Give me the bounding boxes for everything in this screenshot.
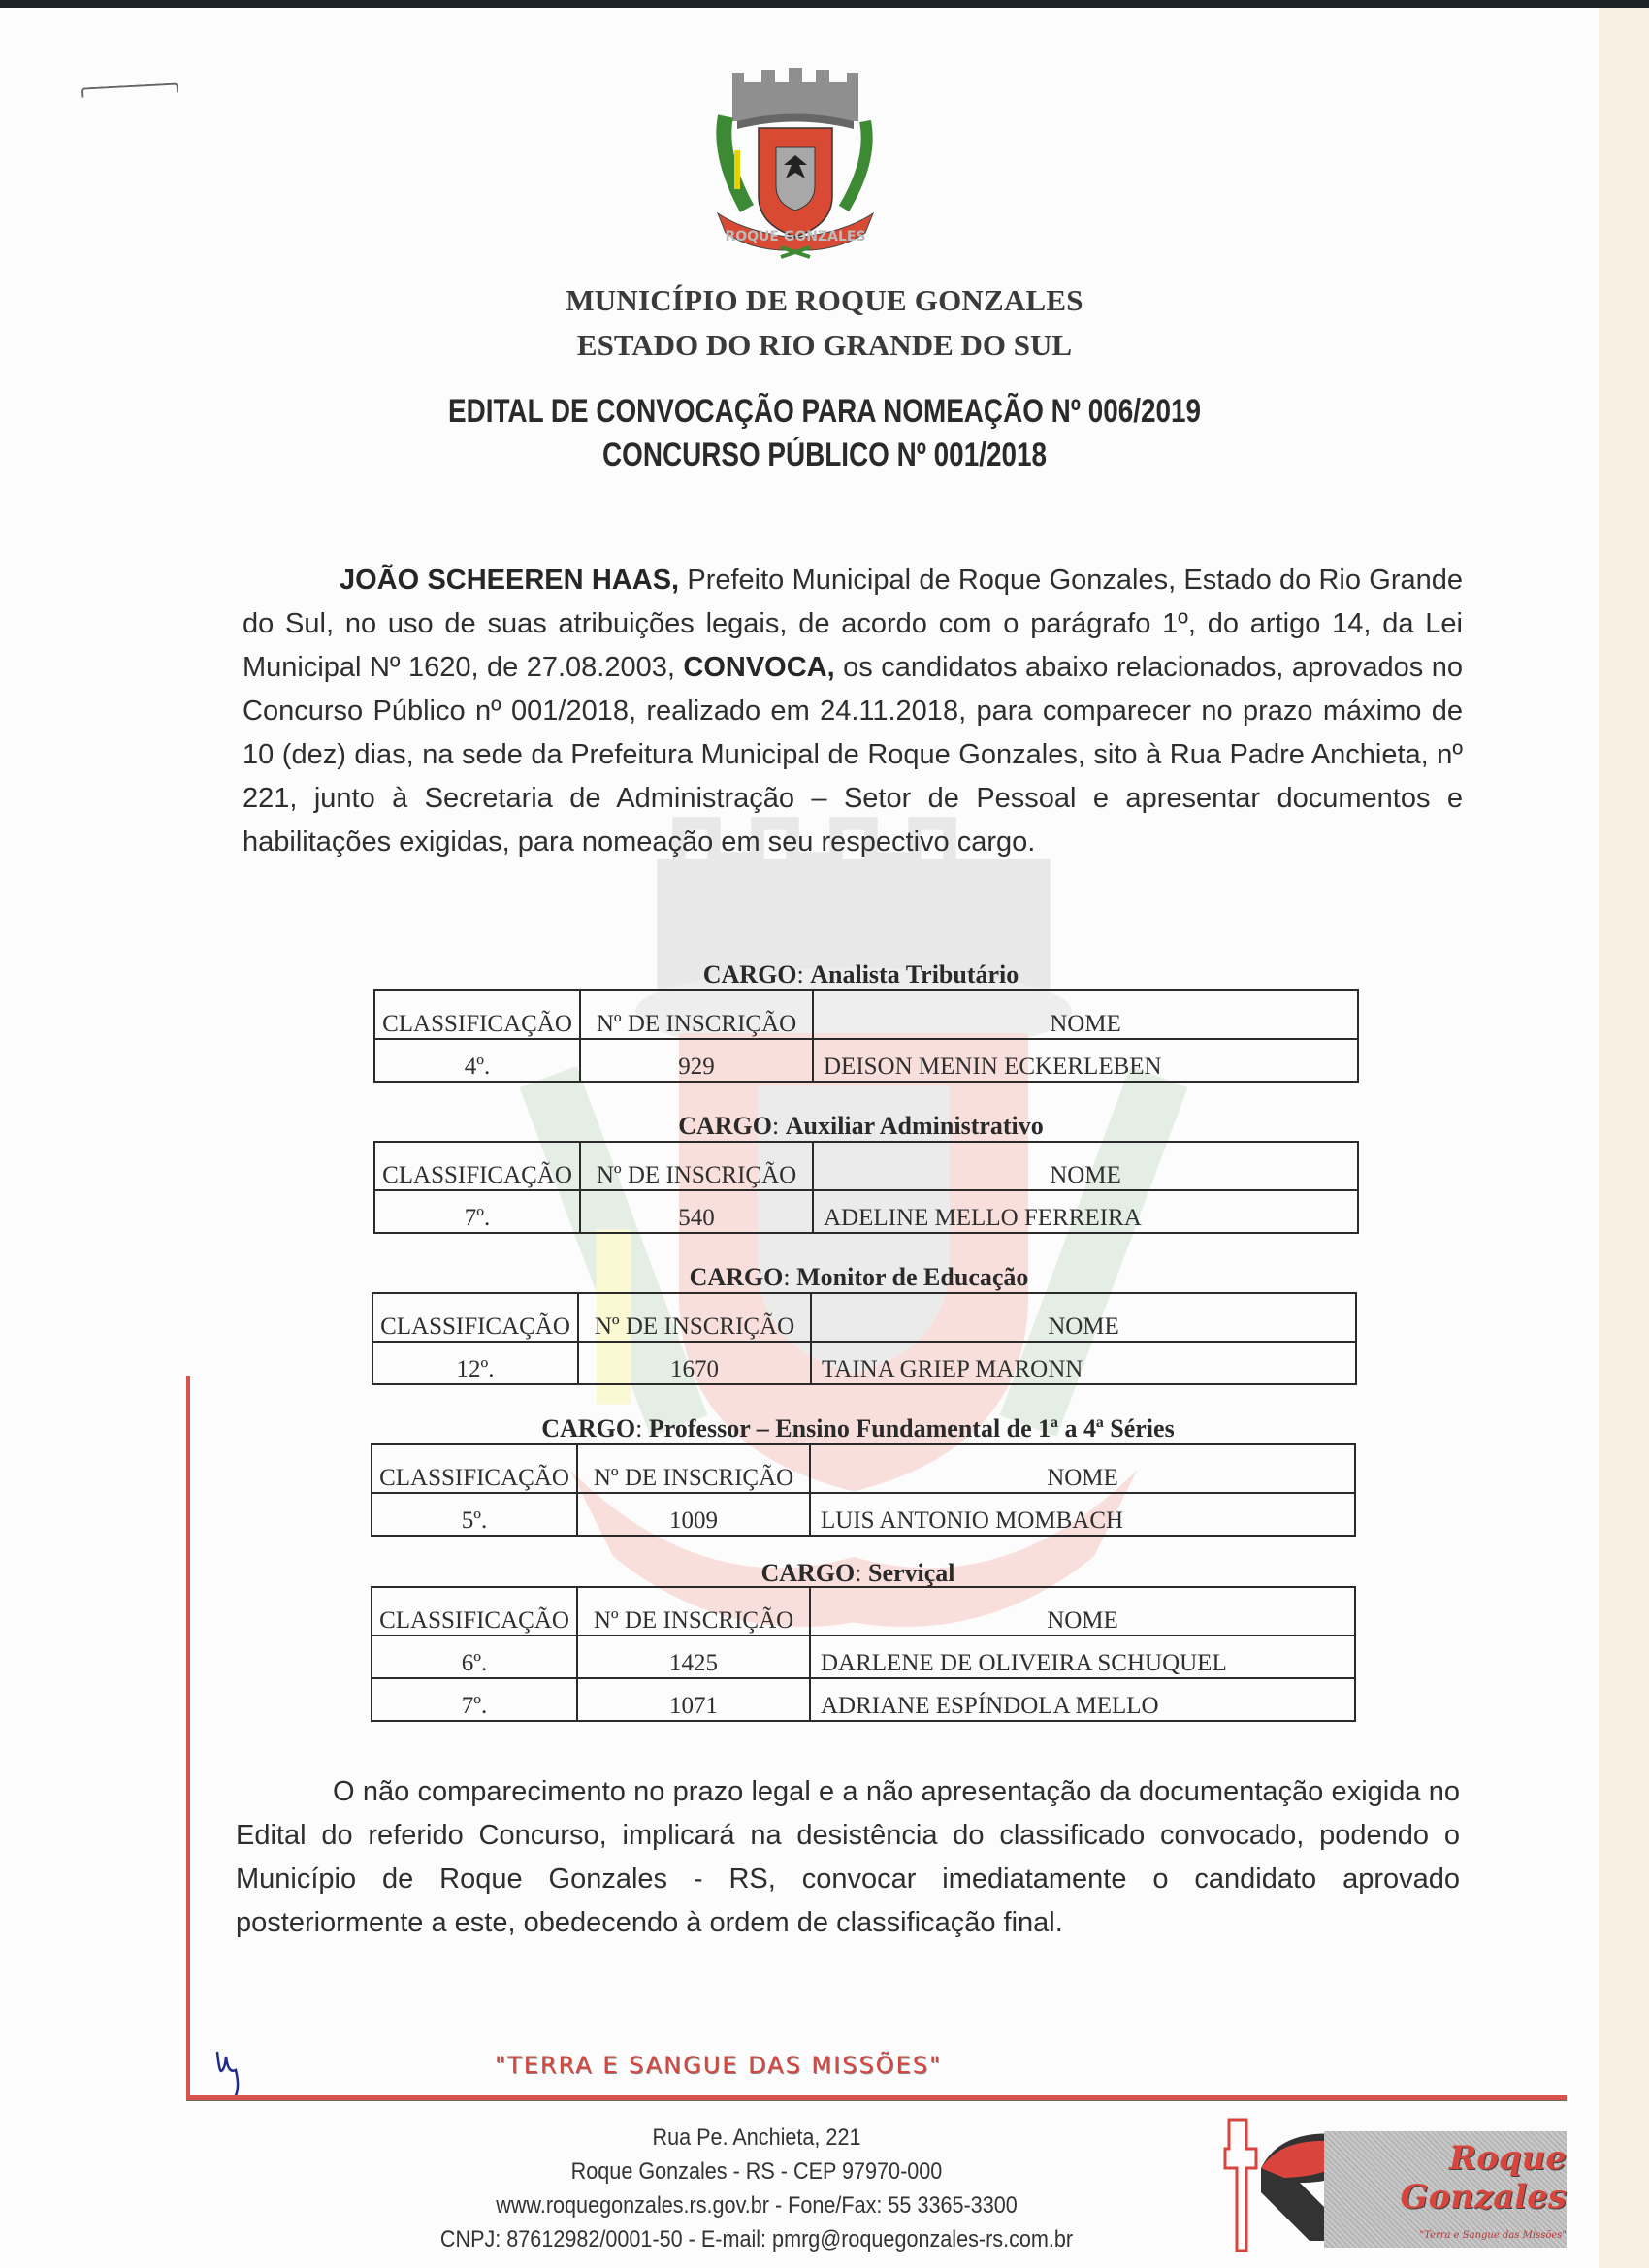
staple-mark: [81, 82, 178, 97]
registration-cell: 540: [580, 1190, 813, 1233]
cargo-title: CARGO: Professor – Ensino Fundamental de…: [371, 1414, 1345, 1443]
registration-cell: 1071: [577, 1678, 810, 1721]
concurso-title: CONCURSO PÚBLICO Nº 001/2018: [148, 437, 1501, 474]
header-registration: Nº DE INSCRIÇÃO: [577, 1587, 810, 1636]
header-classification: CLASSIFICAÇÃO: [372, 1444, 577, 1493]
table-header-row: CLASSIFICAÇÃONº DE INSCRIÇÃONOME: [374, 990, 1358, 1039]
cargo-table: CLASSIFICAÇÃONº DE INSCRIÇÃONOME6º.1425D…: [371, 1586, 1356, 1722]
roque-gonzales-logo-icon: Roque Gonzales "Terra e Sangue das Missõ…: [1217, 2110, 1571, 2255]
registration-cell: 929: [580, 1039, 813, 1082]
cargo-title: CARGO: Analista Tributário: [373, 960, 1348, 989]
table-header-row: CLASSIFICAÇÃONº DE INSCRIÇÃONOME: [372, 1587, 1355, 1636]
header-registration: Nº DE INSCRIÇÃO: [578, 1293, 811, 1342]
closing-paragraph: O não comparecimento no prazo legal e a …: [236, 1770, 1460, 1945]
name-cell: DEISON MENIN ECKERLEBEN: [813, 1039, 1358, 1082]
table-row: 12º.1670TAINA GRIEP MARONN: [372, 1342, 1356, 1384]
header-name: NOME: [811, 1293, 1356, 1342]
table-row: 7º.540ADELINE MELLO FERREIRA: [374, 1190, 1358, 1233]
table-row: 5º.1009LUIS ANTONIO MOMBACH: [372, 1493, 1355, 1536]
header-name: NOME: [813, 990, 1358, 1039]
name-cell: ADELINE MELLO FERREIRA: [813, 1190, 1358, 1233]
header-classification: CLASSIFICAÇÃO: [374, 990, 580, 1039]
header-classification: CLASSIFICAÇÃO: [374, 1142, 580, 1190]
name-cell: TAINA GRIEP MARONN: [811, 1342, 1356, 1384]
table-row: 4º.929DEISON MENIN ECKERLEBEN: [374, 1039, 1358, 1082]
table-row: 6º.1425DARLENE DE OLIVEIRA SCHUQUEL: [372, 1636, 1355, 1678]
table-header-row: CLASSIFICAÇÃONº DE INSCRIÇÃONOME: [374, 1142, 1358, 1190]
cargo-table: CLASSIFICAÇÃONº DE INSCRIÇÃONOME5º.1009L…: [371, 1443, 1356, 1537]
name-cell: LUIS ANTONIO MOMBACH: [810, 1493, 1355, 1536]
state-heading: ESTADO DO RIO GRANDE DO SUL: [0, 328, 1649, 363]
registration-cell: 1009: [577, 1493, 810, 1536]
table-header-row: CLASSIFICAÇÃONº DE INSCRIÇÃONOME: [372, 1293, 1356, 1342]
footer-city: Roque Gonzales - RS - CEP 97970-000: [320, 2158, 1193, 2186]
scan-top-edge: [0, 0, 1649, 8]
table-row: 7º.1071ADRIANE ESPÍNDOLA MELLO: [372, 1678, 1355, 1721]
header-name: NOME: [810, 1444, 1355, 1493]
municipality-heading: MUNICÍPIO DE ROQUE GONZALES: [0, 283, 1649, 318]
table-header-row: CLASSIFICAÇÃONº DE INSCRIÇÃONOME: [372, 1444, 1355, 1493]
left-red-border: [186, 1376, 190, 2095]
convoca-keyword: CONVOCA,: [683, 652, 834, 683]
mayor-name: JOÃO SCHEEREN HAAS,: [339, 565, 679, 596]
name-cell: DARLENE DE OLIVEIRA SCHUQUEL: [810, 1636, 1355, 1678]
cargo-table: CLASSIFICAÇÃONº DE INSCRIÇÃONOME4º.929DE…: [373, 989, 1359, 1083]
cargo-table: CLASSIFICAÇÃONº DE INSCRIÇÃONOME7º.540AD…: [373, 1141, 1359, 1234]
municipal-coat-of-arms-icon: ROQUE GONZALES: [698, 68, 892, 262]
registration-cell: 1425: [577, 1636, 810, 1678]
edital-title: EDITAL DE CONVOCAÇÃO PARA NOMEAÇÃO Nº 00…: [148, 393, 1501, 431]
classification-cell: 6º.: [372, 1636, 577, 1678]
header-registration: Nº DE INSCRIÇÃO: [580, 1142, 813, 1190]
coat-of-arms-watermark-icon: [417, 815, 1290, 1688]
name-cell: ADRIANE ESPÍNDOLA MELLO: [810, 1678, 1355, 1721]
cargo-title: CARGO: Serviçal: [371, 1559, 1345, 1588]
header-registration: Nº DE INSCRIÇÃO: [580, 990, 813, 1039]
header-classification: CLASSIFICAÇÃO: [372, 1293, 578, 1342]
footer-cnpj-email: CNPJ: 87612982/0001-50 - E-mail: pmrg@ro…: [320, 2226, 1193, 2253]
classification-cell: 12º.: [372, 1342, 578, 1384]
cargo-title: CARGO: Monitor de Educação: [372, 1263, 1346, 1292]
footer-address: Rua Pe. Anchieta, 221: [320, 2124, 1193, 2152]
classification-cell: 4º.: [374, 1039, 580, 1082]
classification-cell: 5º.: [372, 1493, 577, 1536]
svg-text:ROQUE GONZALES: ROQUE GONZALES: [725, 229, 865, 244]
footer-web-phone: www.roquegonzales.rs.gov.br - Fone/Fax: …: [320, 2192, 1193, 2219]
footer-tagline: "TERRA E SANGUE DAS MISSÕES": [495, 2052, 942, 2079]
footer-separator: [186, 2095, 1567, 2101]
cargo-table: CLASSIFICAÇÃONº DE INSCRIÇÃONOME12º.1670…: [372, 1292, 1357, 1385]
header-classification: CLASSIFICAÇÃO: [372, 1587, 577, 1636]
header-name: NOME: [810, 1587, 1355, 1636]
registration-cell: 1670: [578, 1342, 811, 1384]
header-name: NOME: [813, 1142, 1358, 1190]
classification-cell: 7º.: [374, 1190, 580, 1233]
header-registration: Nº DE INSCRIÇÃO: [577, 1444, 810, 1493]
cargo-title: CARGO: Auxiliar Administrativo: [373, 1112, 1348, 1141]
classification-cell: 7º.: [372, 1678, 577, 1721]
intro-paragraph: JOÃO SCHEEREN HAAS, Prefeito Municipal d…: [242, 559, 1463, 864]
